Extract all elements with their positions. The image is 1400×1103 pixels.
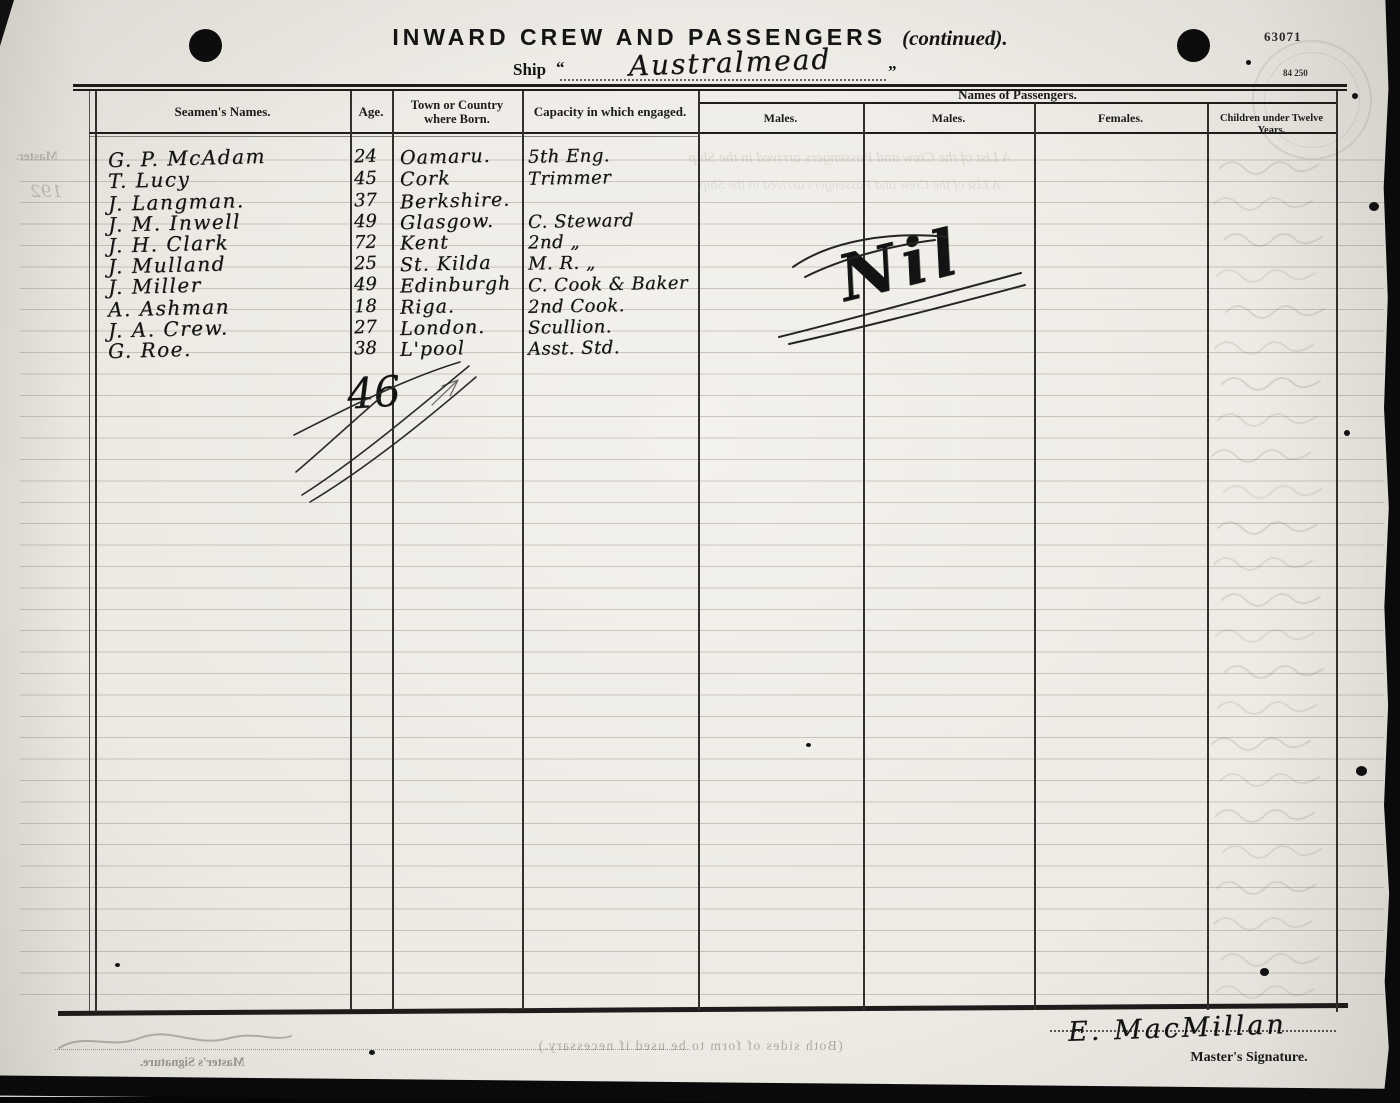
open-quote: “ bbox=[556, 58, 565, 78]
tally-strokes bbox=[282, 350, 492, 510]
header-age: Age. bbox=[350, 105, 392, 120]
seaman-age: 18 bbox=[354, 296, 378, 318]
seaman-age: 25 bbox=[354, 253, 378, 275]
ink-speck bbox=[1260, 968, 1269, 976]
seaman-capacity: Asst. Std. bbox=[528, 337, 620, 360]
ink-speck bbox=[1246, 60, 1251, 65]
ink-speck bbox=[115, 963, 120, 967]
seaman-capacity: 2nd Cook. bbox=[528, 295, 625, 318]
table-top-rule bbox=[73, 84, 1347, 87]
signature-label: Master's Signature. bbox=[1160, 1050, 1338, 1066]
ink-speck bbox=[1356, 766, 1367, 776]
seaman-town: Berkshire. bbox=[400, 189, 511, 214]
seaman-capacity: C. Cook & Baker bbox=[528, 273, 688, 297]
header-children: Children under Twelve Years. bbox=[1207, 113, 1336, 137]
ink-speck bbox=[1369, 202, 1379, 211]
table-row: J. Miller 49 Edinburgh C. Cook & Baker bbox=[0, 274, 1400, 297]
header-males-1: Males. bbox=[698, 112, 863, 126]
seaman-town: Edinburgh bbox=[400, 273, 512, 298]
nil-flourish bbox=[775, 205, 1025, 345]
bleedthrough-handwriting bbox=[1212, 158, 1332, 1008]
table-row: J. A. Crew. 27 London. Scullion. bbox=[0, 317, 1400, 340]
table-row: G. Roe. 38 L'pool Asst. Std. bbox=[0, 338, 1400, 361]
seaman-name: G. Roe. bbox=[108, 337, 192, 363]
seaman-capacity: Trimmer bbox=[528, 167, 612, 189]
table-row: J. Mulland 25 St. Kilda M. R. „ bbox=[0, 253, 1400, 276]
seaman-town: Kent bbox=[400, 231, 449, 254]
header-bottom-rule bbox=[89, 132, 1337, 134]
seaman-capacity: 5th Eng. bbox=[528, 145, 610, 167]
signature-dotted-line bbox=[1050, 1030, 1336, 1032]
seaman-age: 72 bbox=[354, 232, 378, 254]
seaman-age: 49 bbox=[354, 274, 378, 296]
table-row: G. P. McAdam 24 Oamaru. 5th Eng. bbox=[0, 146, 1400, 169]
close-quote: ” bbox=[888, 62, 897, 82]
ink-speck bbox=[1352, 93, 1358, 99]
seaman-age: 27 bbox=[354, 317, 378, 339]
header-passengers-group: Names of Passengers. bbox=[698, 88, 1337, 103]
ship-label: Ship bbox=[513, 60, 546, 80]
bleedthrough-signature-scrawl bbox=[55, 1028, 295, 1054]
header-males-2: Males. bbox=[863, 112, 1034, 126]
ink-speck bbox=[369, 1050, 375, 1055]
page-root: { "form": { "number": "63071", "print_co… bbox=[0, 0, 1400, 1103]
print-code: 84 250 bbox=[1283, 68, 1308, 78]
seaman-age: 37 bbox=[354, 190, 378, 212]
seaman-town: London. bbox=[400, 316, 486, 340]
header-town: Town or Country where Born. bbox=[394, 98, 520, 127]
scanned-form-page: INWARD CREW AND PASSENGERS (continued). … bbox=[0, 0, 1390, 1097]
seaman-capacity: Scullion. bbox=[528, 316, 612, 338]
master-signature: E. MacMillan bbox=[1068, 1009, 1288, 1048]
seaman-age: 24 bbox=[354, 146, 378, 168]
bleedthrough-both-sides-note: (Both sides of form to be used if necess… bbox=[505, 1038, 875, 1054]
form-number: 63071 bbox=[1264, 29, 1302, 45]
seaman-town: Oamaru. bbox=[400, 145, 491, 169]
title-continued: (continued). bbox=[902, 26, 1008, 50]
header-females: Females. bbox=[1034, 112, 1207, 126]
seaman-town: Cork bbox=[400, 167, 451, 190]
seaman-age: 45 bbox=[354, 168, 378, 190]
seaman-capacity: 2nd „ bbox=[528, 232, 580, 254]
table-row: T. Lucy 45 Cork Trimmer bbox=[0, 168, 1400, 191]
seaman-capacity: C. Steward bbox=[528, 210, 634, 233]
seaman-capacity: M. R. „ bbox=[528, 252, 596, 274]
ink-speck bbox=[1344, 430, 1350, 436]
bleedthrough-signature-label: Master's Signature. bbox=[140, 1055, 245, 1070]
ink-speck bbox=[806, 743, 811, 747]
seaman-town: Riga. bbox=[400, 295, 455, 318]
header-capacity: Capacity in which engaged. bbox=[522, 105, 698, 120]
header-seamen-names: Seamen's Names. bbox=[95, 105, 350, 120]
seaman-age: 49 bbox=[354, 211, 378, 233]
